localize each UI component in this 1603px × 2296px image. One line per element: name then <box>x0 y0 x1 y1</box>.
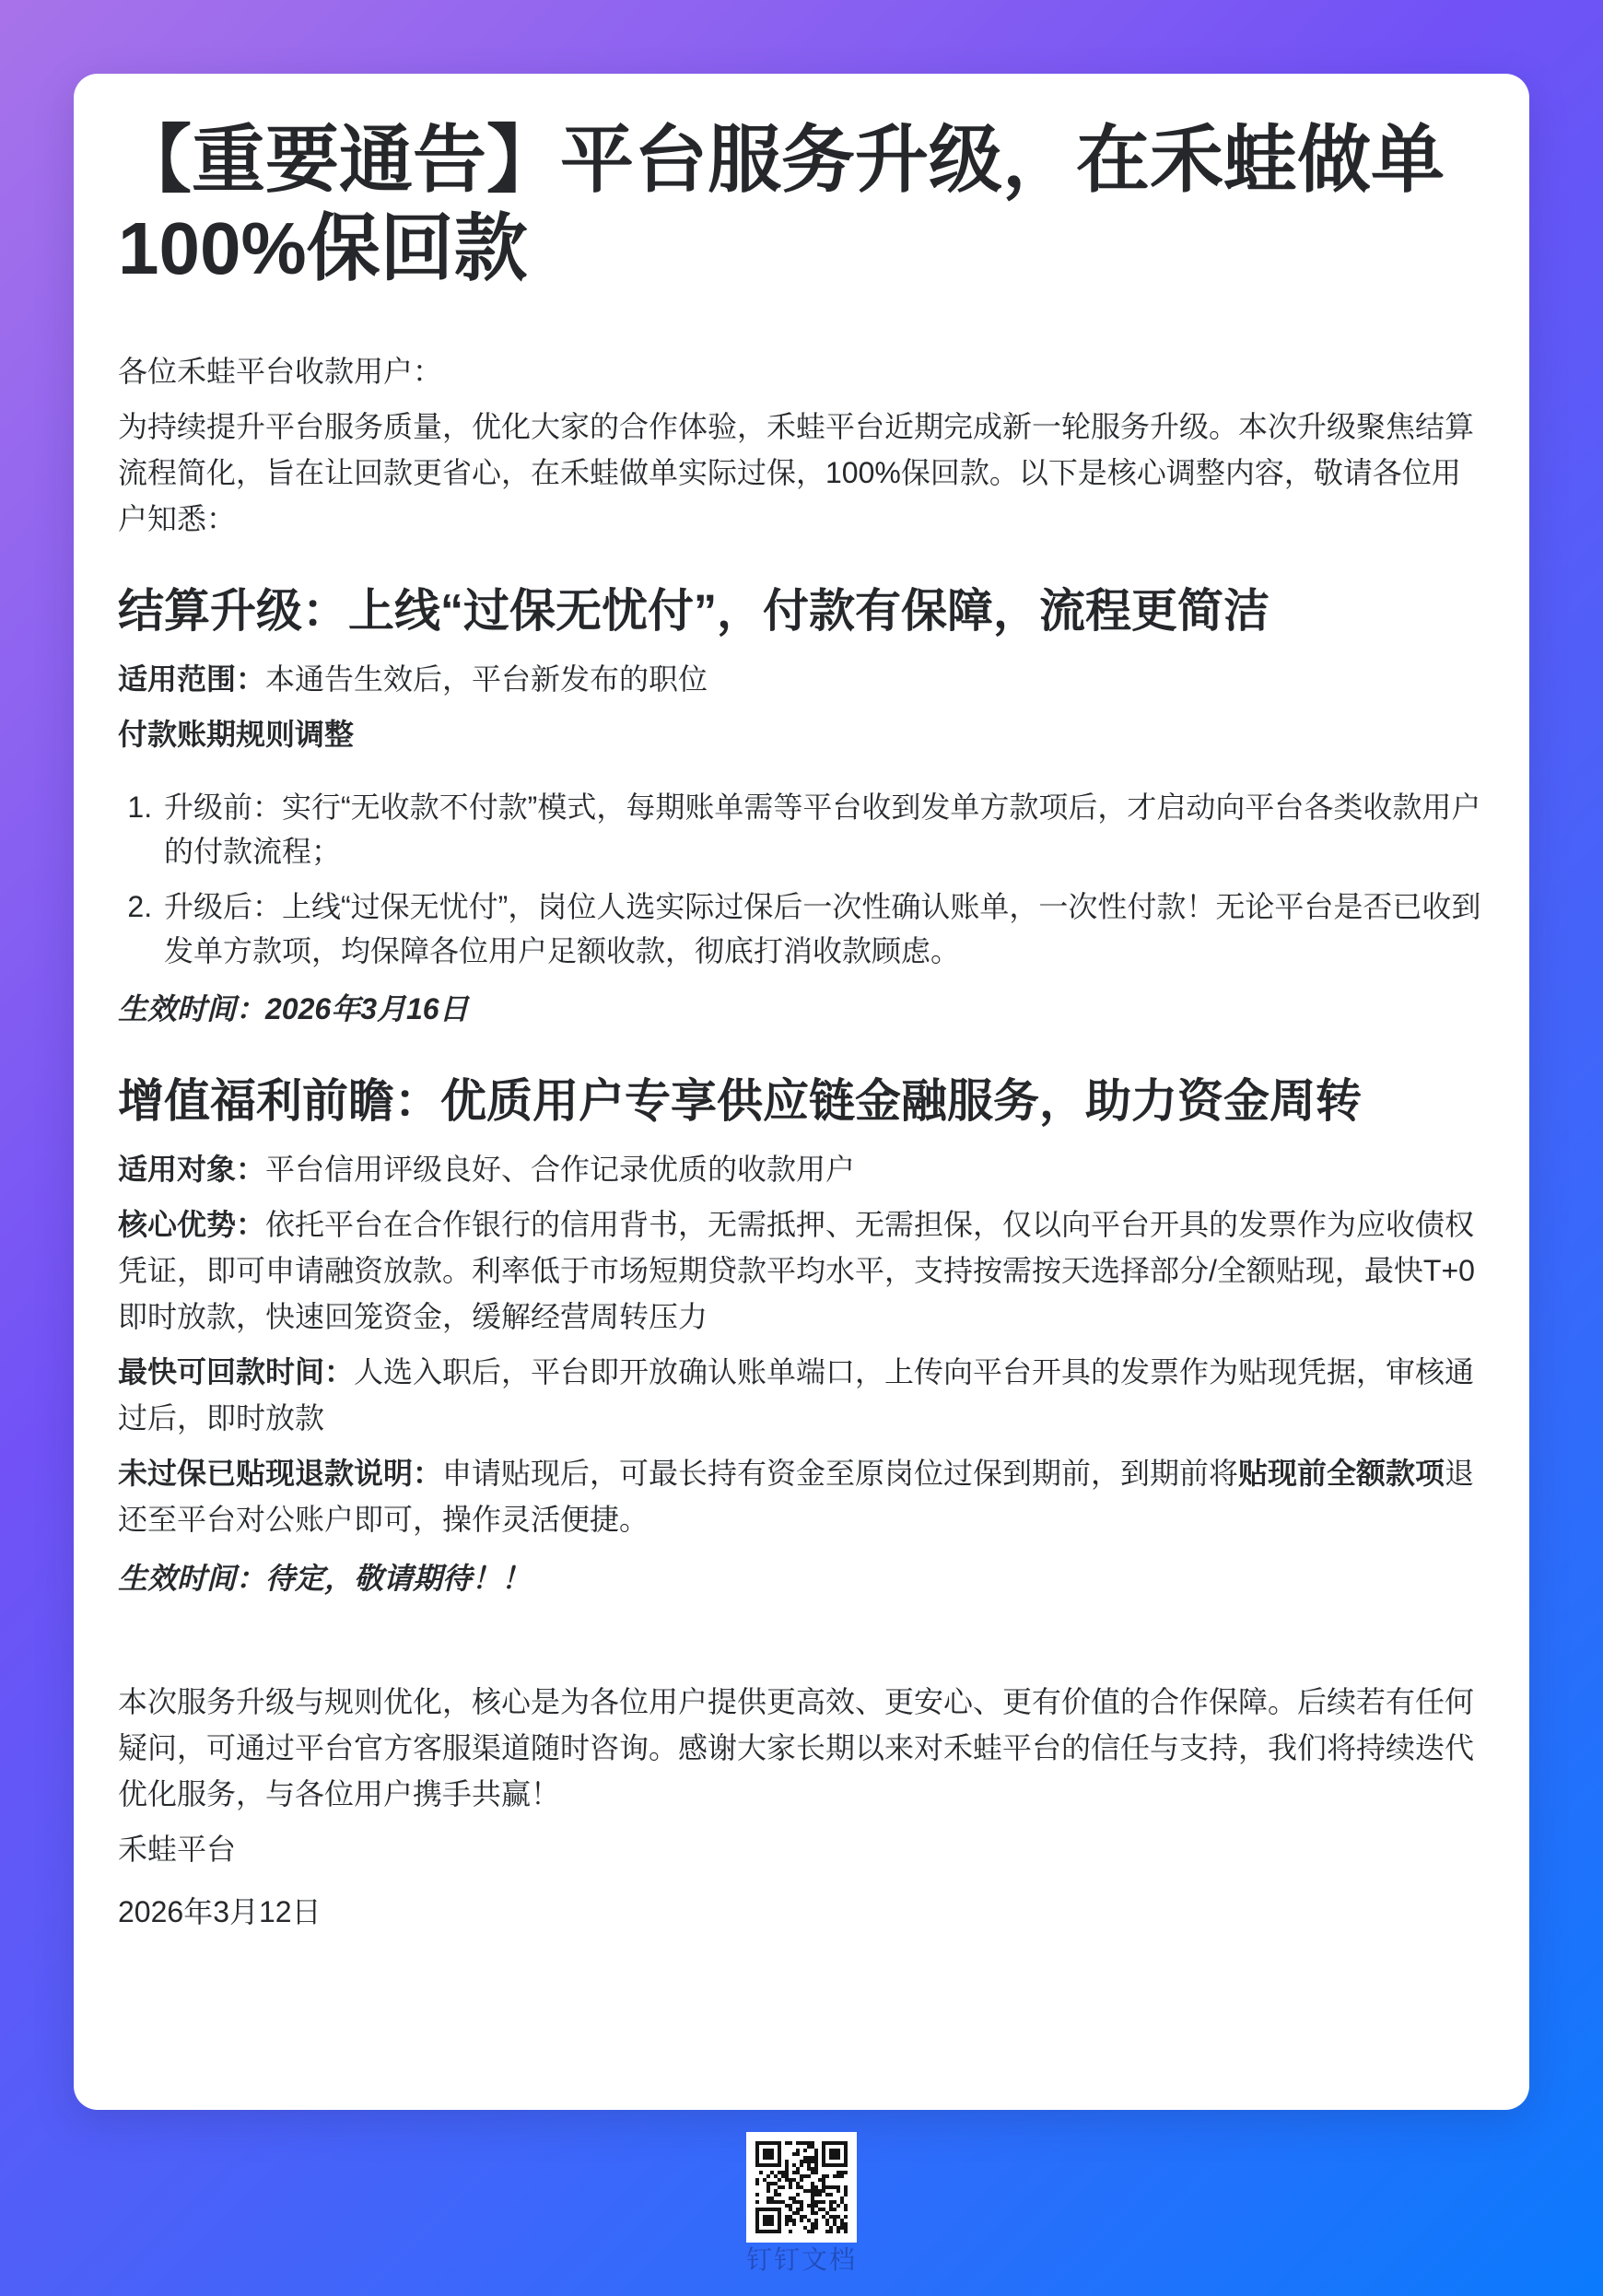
target-text: 平台信用评级良好、合作记录优质的收款用户 <box>265 1153 855 1186</box>
section2-refund: 未过保已贴现退款说明：申请贴现后，可最长持有资金至原岗位过保到期前，到期前将贴现… <box>118 1450 1485 1542</box>
section1-effective-date: 生效时间：2026年3月16日 <box>118 986 1485 1032</box>
payback-label: 最快可回款时间： <box>118 1355 354 1388</box>
section2-advantage: 核心优势：依托平台在合作银行的信用背书，无需抵押、无需担保，仅以向平台开具的发票… <box>118 1201 1485 1340</box>
refund-bold: 贴现前全额款项 <box>1238 1457 1445 1490</box>
notice-card: 【重要通告】平台服务升级，在禾蛙做单 100%保回款 各位禾蛙平台收款用户： 为… <box>74 74 1529 2110</box>
scope-text: 本通告生效后，平台新发布的职位 <box>265 662 708 696</box>
section2-heading: 增值福利前瞻：优质用户专享供应链金融服务，助力资金周转 <box>118 1069 1485 1133</box>
refund-label: 未过保已贴现退款说明： <box>118 1457 442 1490</box>
list-item: 升级前：实行“无收款不付款”模式，每期账单需等平台收到发单方款项后，才启动向平台… <box>160 785 1485 873</box>
closing-paragraph: 本次服务升级与规则优化，核心是为各位用户提供更高效、更安心、更有价值的合作保障。… <box>118 1679 1485 1817</box>
notice-date: 2026年3月12日 <box>118 1889 1485 1935</box>
refund-text-1: 申请贴现后，可最长持有资金至原岗位过保到期前，到期前将 <box>442 1457 1238 1490</box>
advantage-text: 依托平台在合作银行的信用背书，无需抵押、无需担保，仅以向平台开具的发票作为应收债… <box>118 1208 1475 1333</box>
page-title-line-1: 【重要通告】平台服务升级，在禾蛙做单 <box>118 116 1485 205</box>
section2-target: 适用对象：平台信用评级良好、合作记录优质的收款用户 <box>118 1146 1485 1192</box>
page-title-line-2: 100%保回款 <box>118 205 1485 293</box>
section1-heading: 结算升级：上线“过保无忧付”，付款有保障，流程更简洁 <box>118 579 1485 643</box>
greeting: 各位禾蛙平台收款用户： <box>118 348 1485 394</box>
target-label: 适用对象： <box>118 1153 265 1186</box>
qr-caption: 钉钉文档 <box>0 2244 1603 2276</box>
advantage-label: 核心优势： <box>118 1208 265 1241</box>
intro-paragraph: 为持续提升平台服务质量，优化大家的合作体验，禾蛙平台近期完成新一轮服务升级。本次… <box>118 404 1485 542</box>
section2-effective-date: 生效时间：待定，敬请期待！！ <box>118 1555 1485 1601</box>
section1-rules-heading: 付款账期规则调整 <box>118 711 1485 757</box>
signature: 禾蛙平台 <box>118 1826 1485 1872</box>
scope-label: 适用范围： <box>118 662 265 696</box>
page-title: 【重要通告】平台服务升级，在禾蛙做单 100%保回款 <box>118 116 1485 293</box>
section1-scope: 适用范围：本通告生效后，平台新发布的职位 <box>118 656 1485 702</box>
qr-code <box>746 2132 857 2243</box>
list-item: 升级后：上线“过保无忧付”，岗位人选实际过保后一次性确认账单，一次性付款！无论平… <box>160 884 1485 973</box>
section2-payback: 最快可回款时间：人选入职后，平台即开放确认账单端口，上传向平台开具的发票作为贴现… <box>118 1349 1485 1441</box>
payment-rules-list: 升级前：实行“无收款不付款”模式，每期账单需等平台收到发单方款项后，才启动向平台… <box>118 785 1485 973</box>
